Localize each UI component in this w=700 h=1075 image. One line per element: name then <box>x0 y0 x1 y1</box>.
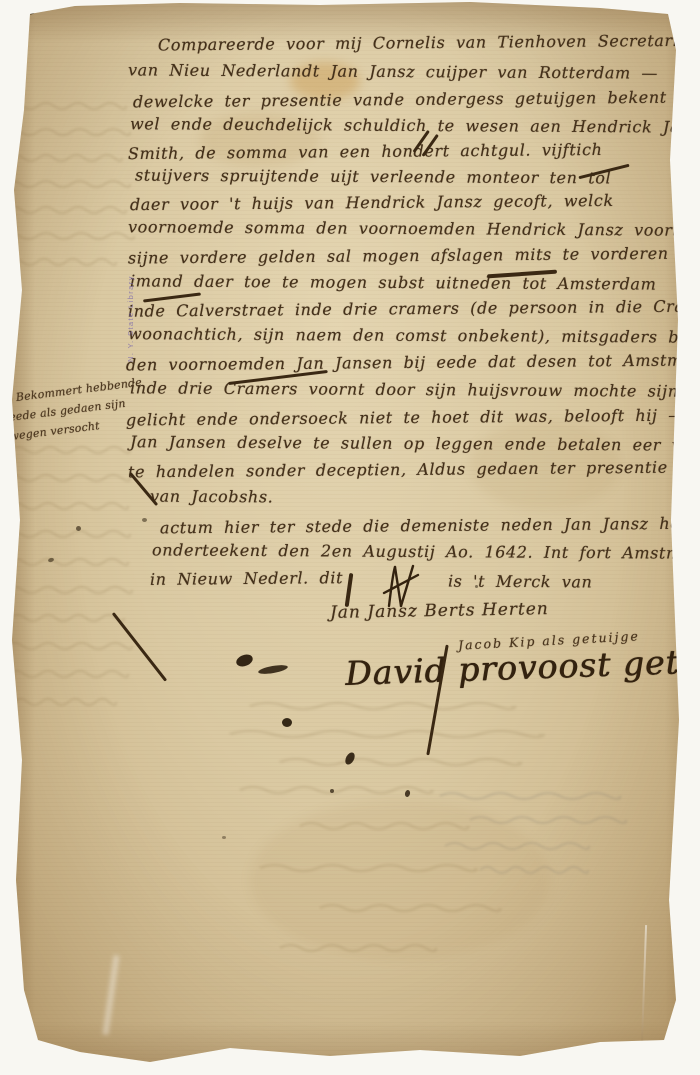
ink-speck <box>76 526 81 531</box>
ink-speck <box>330 789 334 793</box>
date-line: onderteekent den 2en Augustij Ao. 1642. … <box>152 540 682 562</box>
signature-jan-jansz: Jan Jansz Berts Herten <box>330 599 549 623</box>
paper-sheet: Compareerde voor mij Cornelis van Tienho… <box>0 0 700 1075</box>
witness-intro-line: van Jacobshs. <box>150 487 273 507</box>
ink-speck <box>142 518 147 522</box>
manuscript-line: Jan Jansen deselve te sullen op leggen e… <box>130 432 700 455</box>
ink-blot <box>282 718 292 727</box>
ink-speck <box>475 585 478 588</box>
merck-line: is 't Merck van <box>448 572 593 592</box>
ink-speck <box>222 836 226 839</box>
manuscript-line: wel ende deuchdelijck schuldich te wesen… <box>130 114 700 137</box>
scanned-manuscript-page: Compareerde voor mij Cornelis van Tienho… <box>0 0 700 1075</box>
place-line: in Nieuw Nederl. dit <box>150 568 343 589</box>
manuscript-line: inde drie Cramers voornt door sijn huijs… <box>130 378 679 400</box>
manuscript-line: stuijvers spruijtende uijt verleende mon… <box>135 166 611 188</box>
library-stamp: N. Y. State Library <box>126 290 135 362</box>
manuscript-line: van Nieu Nederlandt Jan Jansz cuijper va… <box>128 60 658 82</box>
show-through-writing <box>0 0 700 1075</box>
manuscript-line: imand daer toe te mogen subst uitneden t… <box>130 271 656 293</box>
manuscript-line: voornoemde somma den voornoemden Hendric… <box>128 217 680 239</box>
manuscript-line: woonachtich, sijn naem den comst onbeken… <box>128 324 700 347</box>
